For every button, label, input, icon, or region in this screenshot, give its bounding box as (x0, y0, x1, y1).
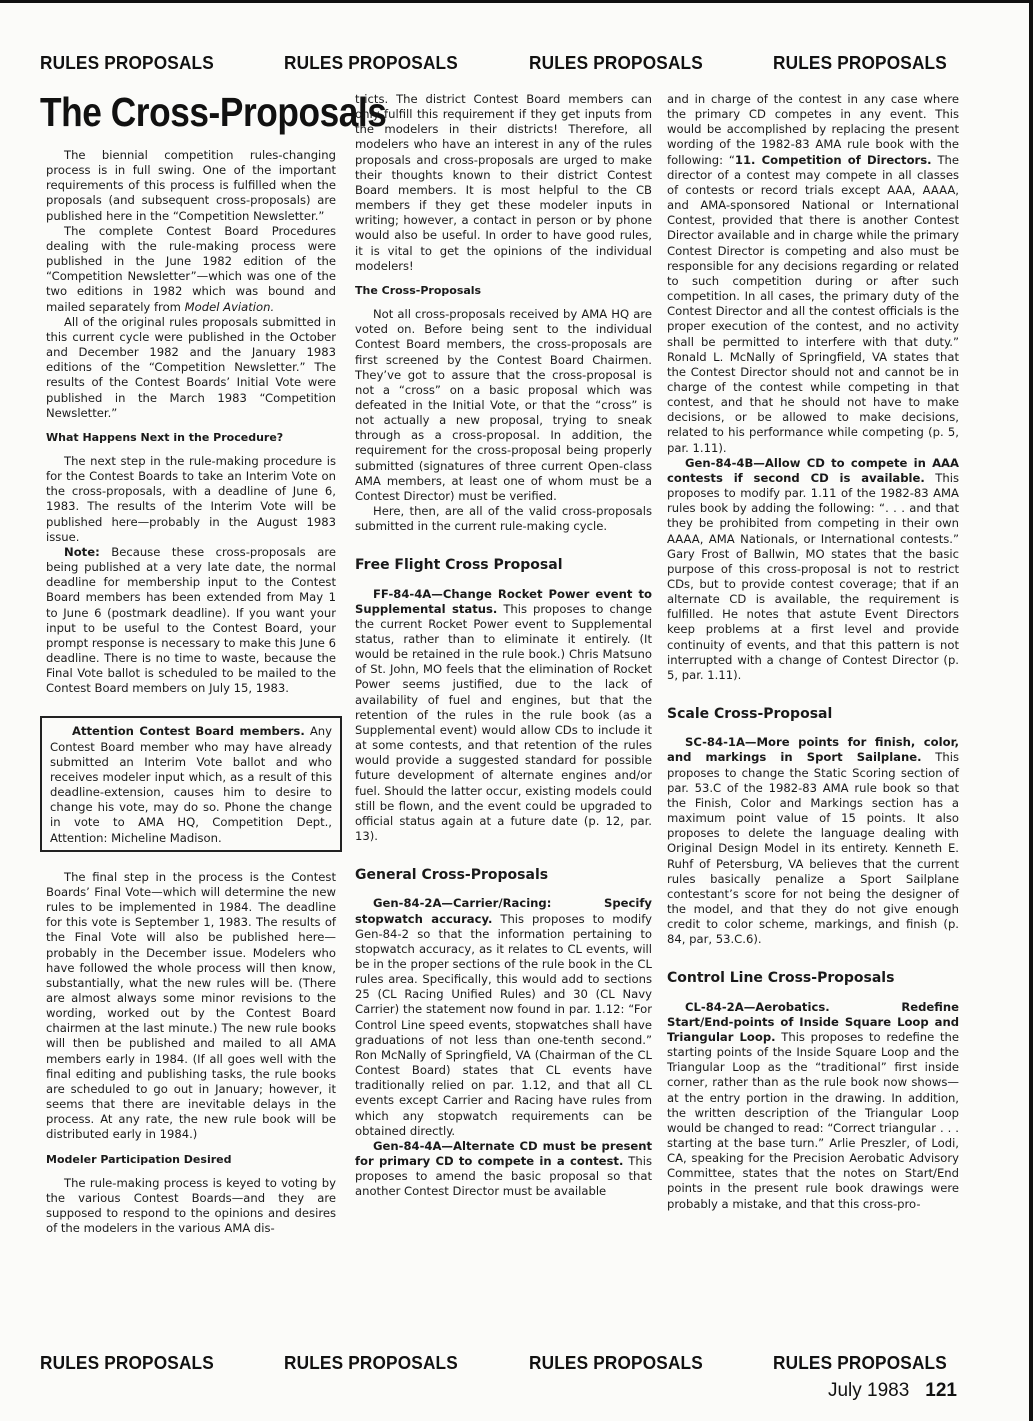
running-foot-label: RULES PROPOSALS (773, 1352, 947, 1374)
quoted-rule-heading: 11. Competition of Directors. (735, 153, 932, 167)
section-heading: Scale Cross-Proposal (667, 707, 959, 722)
column-3: and in charge of the contest in any case… (667, 92, 959, 1212)
callout-lead: Attention Contest Board members. (72, 724, 305, 738)
proposal-id-heading: SC-84-1A—More points for finish, color, … (667, 735, 959, 764)
callout-text: Attention Contest Board members. Any Con… (50, 724, 332, 845)
body-paragraph-continued: tricts. The district Contest Board membe… (355, 92, 652, 274)
proposal-paragraph: SC-84-1A—More points for finish, color, … (667, 735, 959, 947)
column-2: tricts. The district Contest Board membe… (355, 92, 652, 1199)
proposal-id-heading: Gen-84-2A—Carrier/Racing: Specify stopwa… (355, 896, 652, 925)
issue-date: July 1983 (828, 1380, 909, 1402)
section-heading: Free Flight Cross Proposal (355, 558, 652, 573)
proposal-paragraph-continued: and in charge of the contest in any case… (667, 92, 959, 456)
folio: July 1983 121 (828, 1380, 957, 1402)
intro-paragraph: All of the original rules proposals subm… (46, 315, 336, 421)
note-paragraph: Note: Because these cross-proposals are … (46, 545, 336, 697)
body-paragraph: Here, then, are all of the valid cross-p… (355, 504, 652, 534)
column-1: The Cross-Proposals The biennial competi… (46, 90, 336, 1236)
body-paragraph: Not all cross-proposals received by AMA … (355, 307, 652, 504)
note-label: Note: (64, 545, 100, 559)
section-heading: What Happens Next in the Procedure? (46, 430, 336, 445)
scan-border-top (0, 0, 1033, 3)
page-number: 121 (925, 1380, 957, 1402)
running-head-top: RULES PROPOSALS RULES PROPOSALS RULES PR… (40, 51, 960, 75)
proposal-id-heading: FF-84-4A—Change Rocket Power event to Su… (355, 587, 652, 616)
running-foot-label: RULES PROPOSALS (284, 1352, 458, 1374)
intro-paragraph: The biennial competition rules-changing … (46, 148, 336, 224)
section-heading: Control Line Cross-Proposals (667, 971, 959, 986)
intro-paragraph: The complete Contest Board Procedures de… (46, 224, 336, 315)
proposal-paragraph: FF-84-4A—Change Rocket Power event to Su… (355, 587, 652, 845)
section-heading: The Cross-Proposals (355, 283, 652, 298)
body-paragraph: The final step in the process is the Con… (46, 870, 336, 1143)
running-foot-label: RULES PROPOSALS (40, 1352, 214, 1374)
callout-box: Attention Contest Board members. Any Con… (40, 716, 342, 851)
running-head-label: RULES PROPOSALS (773, 52, 947, 74)
scan-border-right (1029, 0, 1033, 1421)
section-heading: General Cross-Proposals (355, 868, 652, 883)
running-foot-bottom: RULES PROPOSALS RULES PROPOSALS RULES PR… (40, 1351, 960, 1375)
running-head-label: RULES PROPOSALS (529, 52, 703, 74)
article-title: The Cross-Proposals (40, 90, 295, 134)
proposal-paragraph: Gen-84-2A—Carrier/Racing: Specify stopwa… (355, 896, 652, 1139)
running-head-label: RULES PROPOSALS (284, 52, 458, 74)
publication-name: Model Aviation. (185, 300, 275, 314)
proposal-id-heading: Gen-84-4B—Allow CD to compete in AAA con… (667, 456, 959, 485)
body-paragraph: The next step in the rule-making procedu… (46, 454, 336, 545)
running-head-label: RULES PROPOSALS (40, 52, 214, 74)
proposal-paragraph: Gen-84-4B—Allow CD to compete in AAA con… (667, 456, 959, 683)
proposal-id-heading: CL-84-2A—Aerobatics. Redefine Start/End-… (667, 1000, 959, 1044)
proposal-paragraph: CL-84-2A—Aerobatics. Redefine Start/End-… (667, 1000, 959, 1212)
proposal-id-heading: Gen-84-4A—Alternate CD must be present f… (355, 1139, 652, 1168)
running-foot-label: RULES PROPOSALS (529, 1352, 703, 1374)
proposal-paragraph: Gen-84-4A—Alternate CD must be present f… (355, 1139, 652, 1200)
body-paragraph: The rule-making process is keyed to voti… (46, 1176, 336, 1237)
section-heading: Modeler Participation Desired (46, 1152, 336, 1167)
